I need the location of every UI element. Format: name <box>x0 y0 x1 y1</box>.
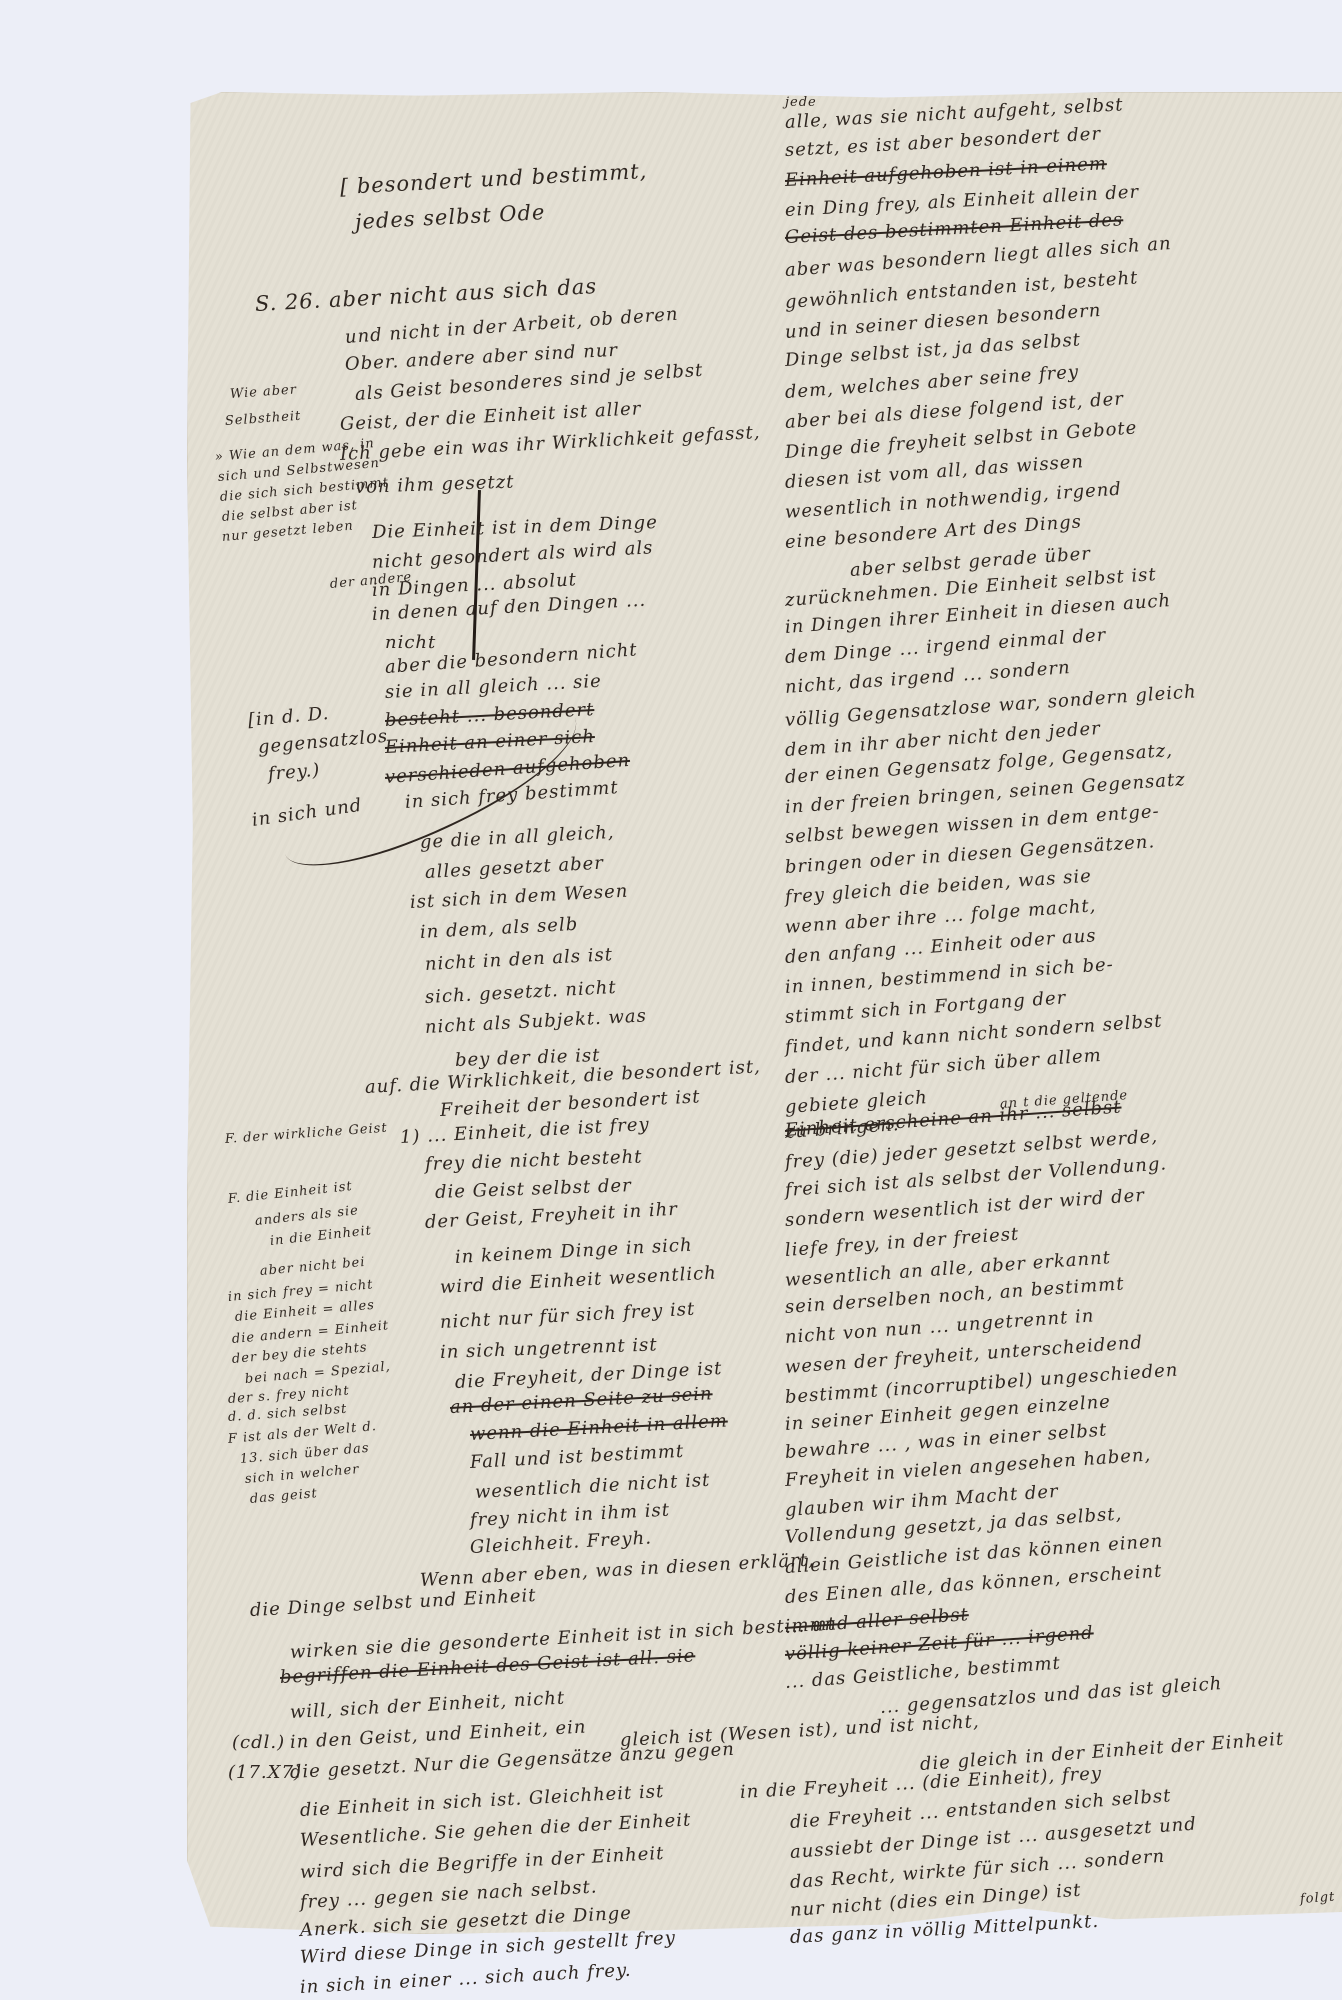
margin-note: gegensatzlos <box>257 726 389 758</box>
right-column-line: gleich ist (Wesen ist), und ist nicht, <box>619 1711 980 1751</box>
left-column-line: in den Geist, und Einheit, ein <box>289 1716 587 1753</box>
left-column-line: ist sich in dem Wesen <box>409 881 628 913</box>
left-column-line: Fall und ist bestimmt <box>469 1441 684 1473</box>
left-column-line: die Geist selbst der <box>435 1175 632 1203</box>
left-column-line: der Geist, Freyheit in ihr <box>424 1199 678 1233</box>
left-column-line: die Dinge selbst und Einheit <box>249 1585 537 1621</box>
right-column-line: die gleich in der Einheit der Einheit <box>919 1729 1285 1775</box>
heading-line-2: jedes selbst Ode <box>354 200 546 234</box>
margin-note: in die Einheit <box>269 1223 372 1249</box>
heading-line-1: [ besondert und bestimmt, <box>339 159 647 199</box>
margin-note: Wie aber <box>229 382 297 402</box>
margin-note: aber nicht bei <box>259 1255 366 1279</box>
margin-note: (cdl.) <box>232 1732 285 1753</box>
left-column-line: S. 26. aber nicht aus sich das <box>254 274 597 316</box>
left-column-line: frey die nicht besteht <box>425 1146 643 1175</box>
left-column-line: wird die Einheit wesentlich <box>439 1263 717 1298</box>
manuscript-text-layer: [ besondert und bestimmt, jedes selbst O… <box>0 0 1342 2000</box>
left-column-line: nicht in den als ist <box>424 944 613 975</box>
left-column-line: frey nicht in ihm ist <box>469 1500 670 1531</box>
left-column-line: will, sich der Einheit, nicht <box>289 1688 565 1723</box>
left-column-line: sich. gesetzt. nicht <box>424 977 617 1008</box>
margin-note: F. der wirkliche Geist <box>224 1121 388 1147</box>
left-column-line: nicht nur für sich frey ist <box>439 1299 695 1333</box>
margin-note: Selbstheit <box>224 409 301 429</box>
left-column-line: in dem, als selb <box>419 914 578 943</box>
right-column-line: jede <box>785 95 817 110</box>
margin-note: F. die Einheit ist <box>227 1179 353 1207</box>
left-column-line: Gleichheit. Freyh. <box>469 1527 652 1558</box>
margin-note: [in d. D. <box>247 703 330 731</box>
margin-note: (17.X7) <box>228 1762 302 1783</box>
right-column-line: folgt <box>1299 1890 1335 1907</box>
left-column-line: nicht <box>385 632 436 653</box>
left-column-line: Geist, der die Einheit ist aller <box>339 398 641 435</box>
margin-note: sich in welcher <box>244 1462 360 1487</box>
left-column-line: in sich ungetrennt ist <box>440 1334 658 1363</box>
margin-note: das geist <box>249 1486 318 1507</box>
left-column-line: 1) ... Einheit, die ist frey <box>399 1114 650 1148</box>
left-column-line: wesentlich die nicht ist <box>474 1470 710 1503</box>
left-column-line: nicht als Subjekt. was <box>424 1005 647 1038</box>
left-column-line: alles gesetzt aber <box>424 853 604 883</box>
margin-note: anders als sie <box>254 1203 359 1229</box>
left-column-line: wird sich die Begriffe in der Einheit <box>299 1843 664 1883</box>
left-column-line: in keinem Dinge in sich <box>454 1235 693 1268</box>
left-column-line: und nicht in der Arbeit, ob deren <box>344 304 679 348</box>
left-column-line: wenn die Einheit in allem <box>469 1411 728 1445</box>
left-column-line: nicht gesondert als wird als <box>371 537 653 573</box>
margin-note: frey.) <box>267 759 321 784</box>
